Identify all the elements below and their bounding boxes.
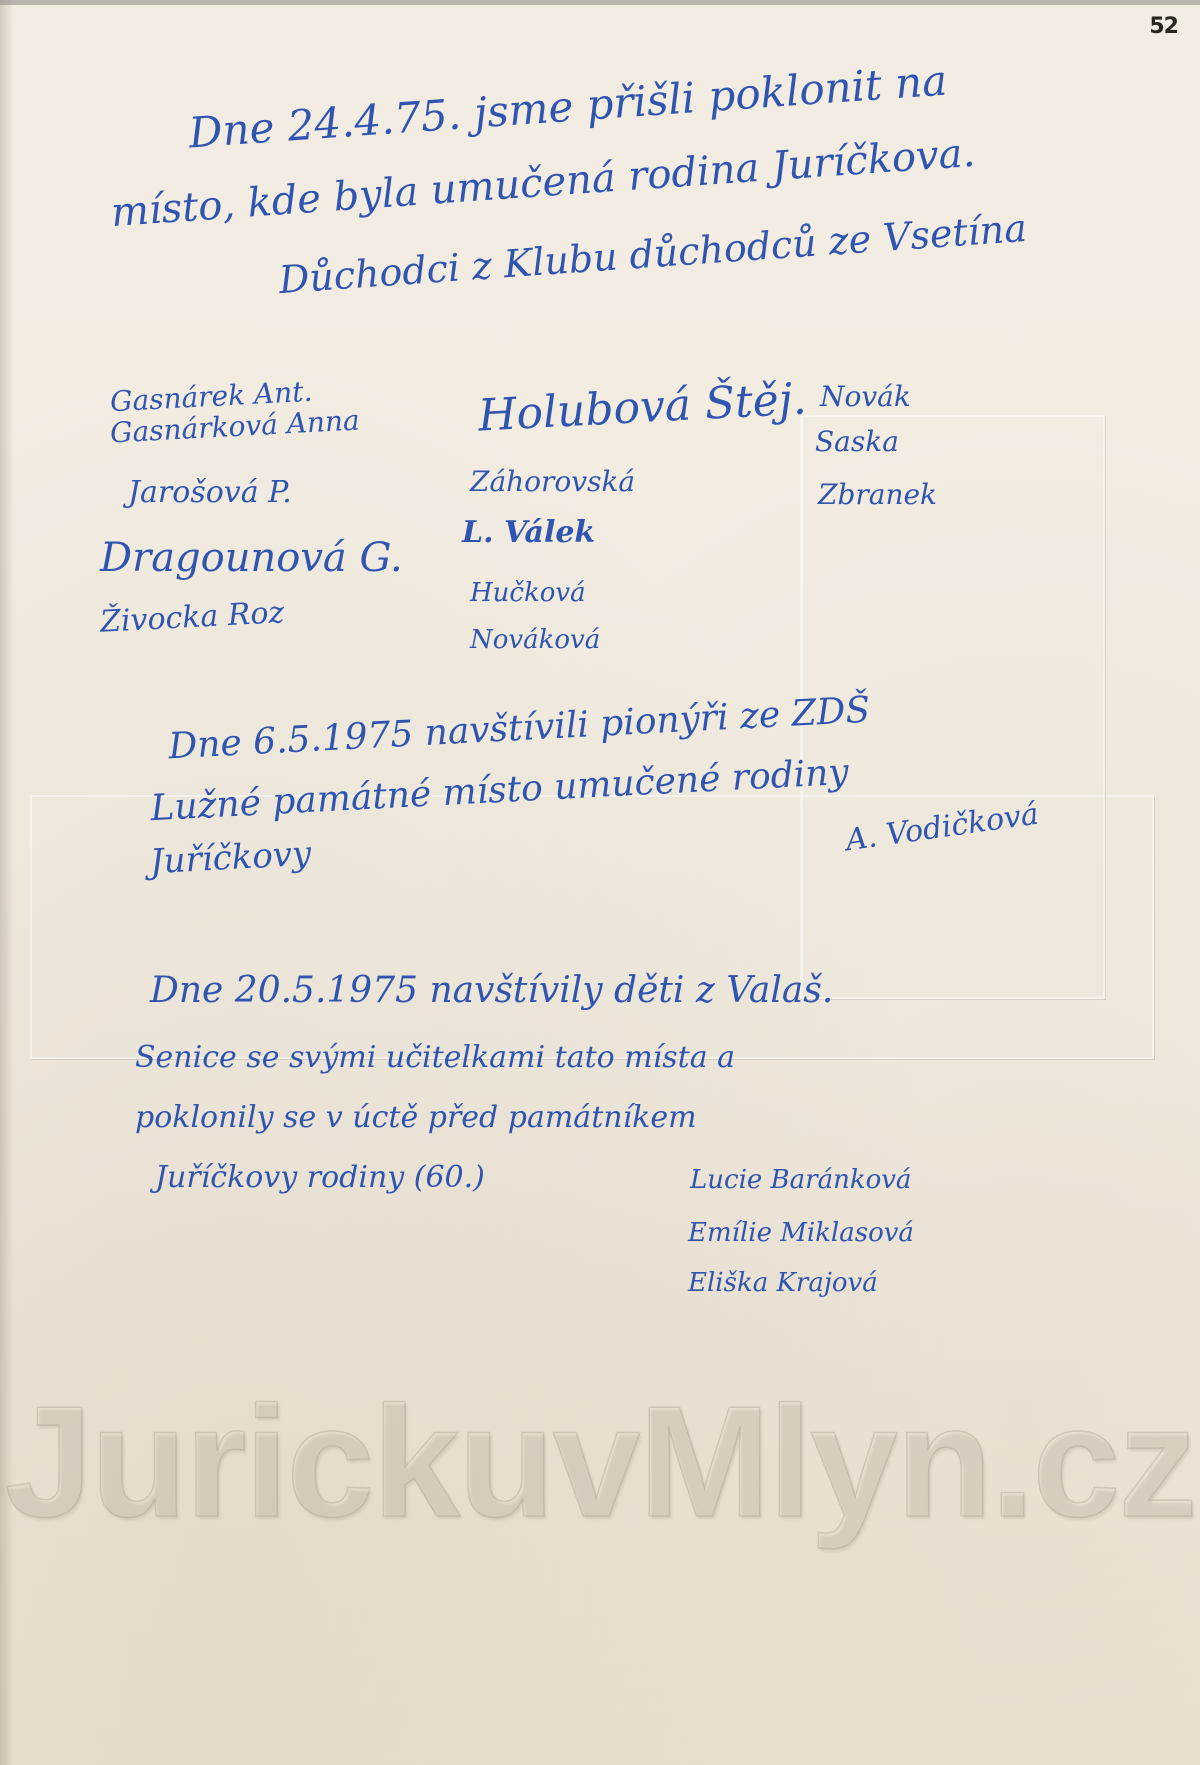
signature: Nováková xyxy=(470,625,600,655)
signature: Novák xyxy=(820,380,911,413)
signature: Zbranek xyxy=(818,478,937,511)
signature: Záhorovská xyxy=(470,465,635,498)
signature: Holubová Štěj. xyxy=(477,373,808,441)
entry3-signature: Eliška Krajová xyxy=(688,1268,878,1298)
entry3-signature: Lucie Baránková xyxy=(690,1165,911,1195)
entry3-signature: Emílie Miklasová xyxy=(688,1218,914,1248)
signature: Saska xyxy=(815,425,899,458)
signature: Živocka Roz xyxy=(99,595,285,640)
signature: Hučková xyxy=(470,578,586,608)
entry3-line-2: Senice se svými učitelkami tato místa a xyxy=(135,1040,735,1075)
watermark: JurickuvMlyn.cz xyxy=(0,1372,1200,1553)
entry3-line-3: poklonily se v úctě před památníkem xyxy=(135,1100,697,1135)
entry3-line-1: Dne 20.5.1975 navštívily děti z Valaš. xyxy=(150,970,833,1011)
signature: Jarošová P. xyxy=(128,475,292,510)
entry1-line-3: Důchodci z Klubu důchodců ze Vsetína xyxy=(277,206,1028,302)
signature: L. Válek xyxy=(462,515,595,550)
page-top-edge xyxy=(0,0,1200,5)
entry2-line-3: Juříčkovy xyxy=(149,834,312,882)
guestbook-page: 52 Dne 24.4.75. jsme přišli poklonit na … xyxy=(0,0,1200,1765)
entry3-line-4: Juříčkovy rodiny (60.) xyxy=(155,1160,485,1195)
signature: Dragounová G. xyxy=(100,535,403,581)
page-number: 52 xyxy=(1149,14,1178,39)
